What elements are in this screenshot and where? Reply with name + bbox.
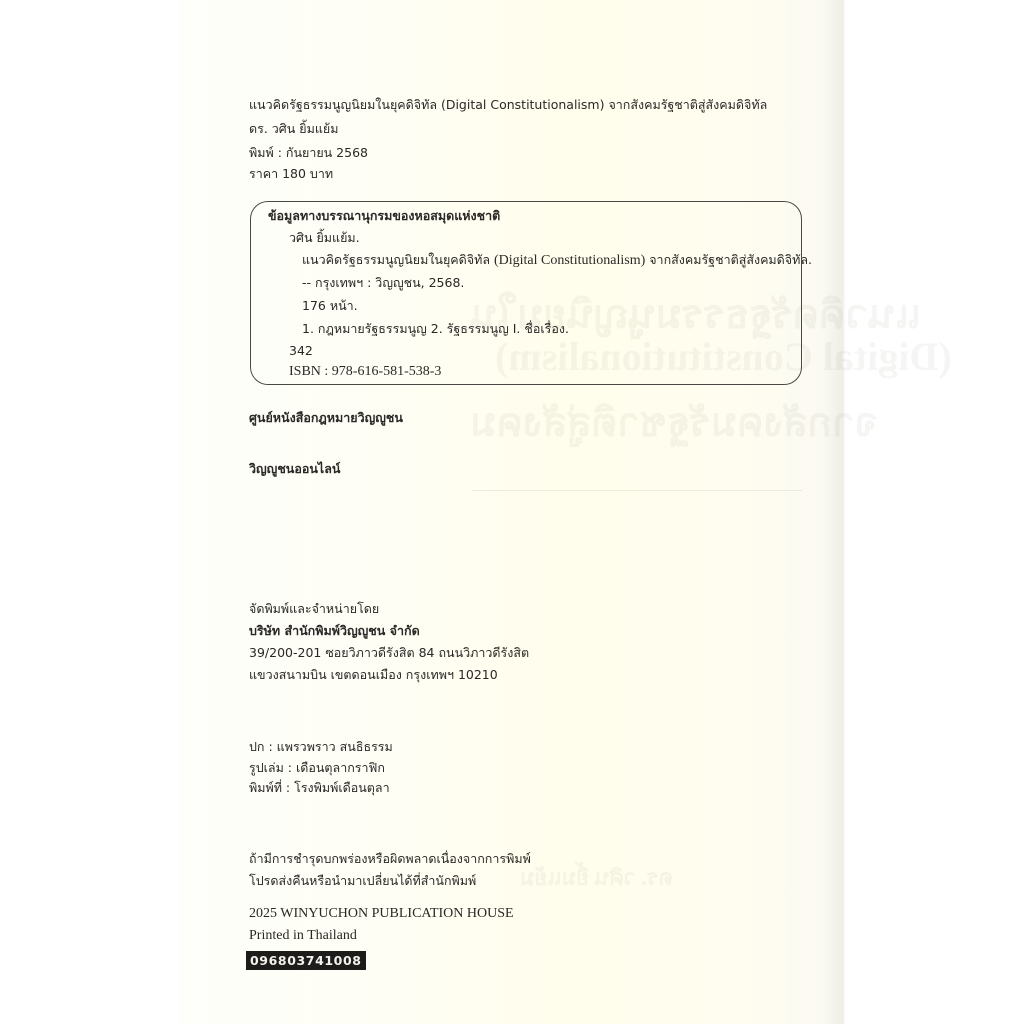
price: ราคา 180 บาท (249, 166, 333, 182)
catalog-author: วศิน ยิ้มแย้ม. (289, 230, 360, 246)
defect-notice-1: ถ้ามีการชำรุดบกพร่องหรือผิดพลาดเนื่องจาก… (249, 851, 531, 867)
copyright-line: 2025 WINYUCHON PUBLICATION HOUSE (249, 906, 514, 922)
layout-credit: รูปเล่ม : เดือนตุลากราฟิก (249, 760, 385, 776)
show-through-rule (472, 490, 802, 491)
edition-info: พิมพ์ : กันยายน 2568 (249, 145, 368, 161)
defect-notice-2: โปรดส่งคืนหรือนำมาเปลี่ยนได้ที่สำนักพิมพ… (249, 873, 476, 889)
publisher-address-2: แขวงสนามบิน เขตดอนเมือง กรุงเทพฯ 10210 (249, 667, 498, 683)
author-name: ดร. วศิน ยิ้มแย้ม (249, 121, 338, 137)
bookstore-name: ศูนย์หนังสือกฎหมายวิญญูชน (249, 410, 403, 426)
catalog-publication: -- กรุงเทพฯ : วิญญูชน, 2568. (302, 275, 464, 291)
catalog-classification: 342 (289, 343, 313, 359)
book-title: แนวคิดรัฐธรรมนูญนิยมในยุคดิจิทัล (Digita… (249, 97, 767, 113)
catalog-heading: ข้อมูลทางบรรณานุกรมของหอสมุดแห่งชาติ (268, 208, 500, 224)
publisher-address-1: 39/200-201 ซอยวิภาวดีรังสิต 84 ถนนวิภาวด… (249, 645, 529, 661)
printer-credit: พิมพ์ที่ : โรงพิมพ์เดือนตุลา (249, 780, 390, 796)
catalog-title-english: (Digital Constitutionalism) (494, 253, 645, 268)
catalog-title: แนวคิดรัฐธรรมนูญนิยมในยุคดิจิทัล (Digita… (302, 252, 812, 269)
cover-credit: ปก : แพรวพราว สนธิธรรม (249, 739, 393, 755)
catalog-title-thai-after: จากสังคมรัฐชาติสู่สังคมดิจิทัล. (645, 252, 812, 267)
online-store-name: วิญญูชนออนไลน์ (249, 461, 340, 477)
catalog-isbn: ISBN : 978-616-581-538-3 (289, 364, 441, 380)
printed-in: Printed in Thailand (249, 928, 357, 944)
publisher-name: บริษัท สำนักพิมพ์วิญญูชน จำกัด (249, 623, 420, 639)
catalog-subjects: 1. กฎหมายรัฐธรรมนูญ 2. รัฐธรรมนูญ I. ชื่… (302, 321, 569, 337)
barcode-number: 096803741008 (246, 951, 366, 970)
publisher-label: จัดพิมพ์และจำหน่ายโดย (249, 601, 379, 617)
book-title-text: แนวคิดรัฐธรรมนูญนิยมในยุคดิจิทัล (Digita… (249, 97, 767, 112)
catalog-title-thai: แนวคิดรัฐธรรมนูญนิยมในยุคดิจิทัล (302, 252, 494, 267)
catalog-pages: 176 หน้า. (302, 298, 358, 314)
catalog-box (250, 201, 802, 385)
